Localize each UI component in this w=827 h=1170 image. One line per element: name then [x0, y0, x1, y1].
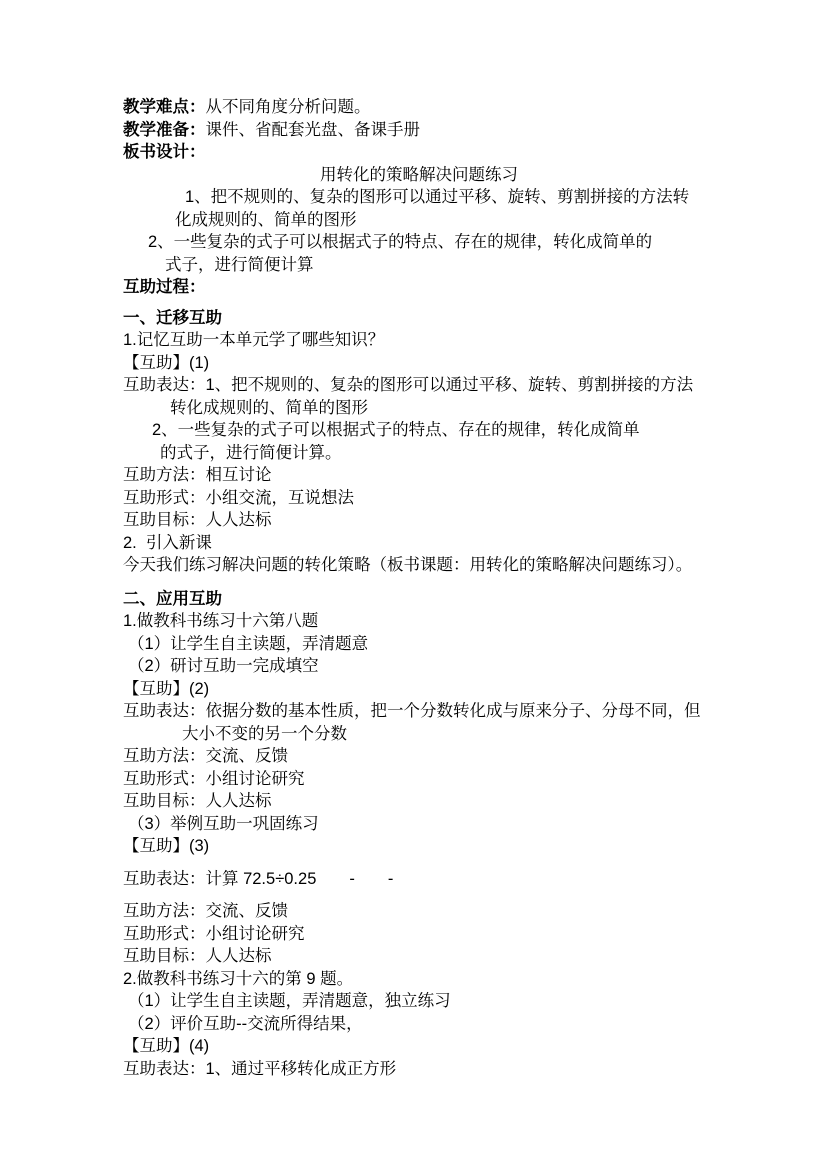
text-line: （1）让学生自主读题，弄清题意 — [123, 633, 715, 656]
text-line: 【互助】(2) — [123, 678, 715, 701]
text-run: 用转化的策略解决问题练习 — [320, 166, 518, 184]
text-run: 2、一些复杂的式子可以根据式子的特点、存在的规律，转化成简单的 — [148, 233, 652, 251]
text-run: 从不同角度分析问题。 — [206, 98, 371, 116]
text-run: 互助目标：人人达标 — [123, 511, 272, 529]
text-run: 互助表达：1、把不规则的、复杂的图形可以通过平移、旋转、剪割拼接的方法 — [123, 376, 693, 394]
text-run: （1）让学生自主读题，弄清题意 — [128, 635, 368, 653]
text-run: 1.做教科书练习十六第八题 — [123, 612, 318, 630]
text-run: 【互助】(1) — [123, 354, 209, 372]
line-mutual-aid-process: 互助过程： — [123, 276, 715, 299]
text-line: 2.做教科书练习十六的第 9 题。 — [123, 968, 715, 991]
text-run: 转化成规则的、简单的图形 — [170, 399, 368, 417]
text-line: 化成规则的、简单的图形 — [123, 209, 715, 232]
text-run: 互助表达：1、通过平移转化成正方形 — [123, 1060, 396, 1078]
text-run: 大小不变的另一个分数 — [182, 725, 347, 743]
bold-text-run: 板书设计： — [123, 143, 206, 161]
text-line: 2、一些复杂的式子可以根据式子的特点、存在的规律，转化成简单 — [123, 419, 715, 442]
text-line: （2）评价互助--交流所得结果， — [123, 1013, 715, 1036]
text-run: 互助形式：小组讨论研究 — [123, 925, 305, 943]
text-run: 【互助】(4) — [123, 1037, 209, 1055]
text-line: 互助方法：交流、反馈 — [123, 745, 715, 768]
text-run: 互助目标：人人达标 — [123, 947, 272, 965]
text-line: 互助形式：小组交流，互说想法 — [123, 487, 715, 510]
text-line: 大小不变的另一个分数 — [123, 723, 715, 746]
text-line: 互助目标：人人达标 — [123, 790, 715, 813]
text-run: 【互助】(2) — [123, 680, 209, 698]
text-run: 互助方法：相互讨论 — [123, 466, 272, 484]
section-2-heading: 二、应用互助 — [123, 588, 715, 611]
text-line: 互助表达：1、把不规则的、复杂的图形可以通过平移、旋转、剪割拼接的方法 — [123, 374, 715, 397]
text-run: 互助表达：依据分数的基本性质，把一个分数转化成与原来分子、分母不同，但 — [123, 702, 701, 720]
text-run: 互助方法：交流、反馈 — [123, 747, 288, 765]
text-run: 1、把不规则的、复杂的图形可以通过平移、旋转、剪割拼接的方法转 — [185, 188, 689, 206]
text-line: 1.做教科书练习十六第八题 — [123, 610, 715, 633]
text-line: 转化成规则的、简单的图形 — [123, 397, 715, 420]
bold-text-run: 互助过程： — [123, 278, 206, 296]
text-run: 互助表达：计算 72.5÷0.25 - - — [123, 870, 393, 888]
text-run: 2. 引入新课 — [123, 534, 212, 552]
text-run: 2.做教科书练习十六的第 9 题。 — [123, 970, 353, 988]
section-1-heading: 一、迁移互助 — [123, 307, 715, 330]
bold-text-run: 一、迁移互助 — [123, 309, 222, 327]
bold-text-run: 二、应用互助 — [123, 590, 222, 608]
text-run: 课件、省配套光盘、备课手册 — [206, 121, 421, 139]
text-run: （1）让学生自主读题，弄清题意，独立练习 — [128, 992, 451, 1010]
text-run: （2）评价互助--交流所得结果， — [128, 1015, 363, 1033]
text-line: 互助目标：人人达标 — [123, 509, 715, 532]
text-line: 互助形式：小组讨论研究 — [123, 923, 715, 946]
text-line: 互助形式：小组讨论研究 — [123, 768, 715, 791]
text-line: 2. 引入新课 — [123, 532, 715, 555]
text-line: 的式子，进行简便计算。 — [123, 442, 715, 465]
text-run: 互助形式：小组交流，互说想法 — [123, 489, 354, 507]
text-line: 【互助】(4) — [123, 1035, 715, 1058]
bold-text-run: 教学难点： — [123, 98, 206, 116]
text-line: （1）让学生自主读题，弄清题意，独立练习 — [123, 990, 715, 1013]
text-run: 的式子，进行简便计算。 — [160, 444, 342, 462]
text-run: 互助目标：人人达标 — [123, 792, 272, 810]
text-run: 化成规则的、简单的图形 — [175, 211, 357, 229]
text-line: （2）研讨互助一完成填空 — [123, 655, 715, 678]
text-line: 1.记忆互助一本单元学了哪些知识？ — [123, 329, 715, 352]
text-line: 互助表达：依据分数的基本性质，把一个分数转化成与原来分子、分母不同，但 — [123, 700, 715, 723]
line-calculation: 互助表达：计算 72.5÷0.25 - - — [123, 868, 715, 891]
text-run: 今天我们练习解决问题的转化策略（板书课题：用转化的策略解决问题练习）。 — [123, 556, 692, 574]
line-board-design: 板书设计： — [123, 141, 715, 164]
text-line: （3）举例互助一巩固练习 — [123, 813, 715, 836]
text-run: （3）举例互助一巩固练习 — [128, 815, 319, 833]
text-line: 1、把不规则的、复杂的图形可以通过平移、旋转、剪割拼接的方法转 — [123, 186, 715, 209]
text-line: 互助方法：交流、反馈 — [123, 900, 715, 923]
text-run: 【互助】(3) — [123, 837, 209, 855]
text-run: 式子，进行简便计算 — [165, 256, 314, 274]
text-line: 互助目标：人人达标 — [123, 945, 715, 968]
document-page: 教学难点：从不同角度分析问题。教学准备：课件、省配套光盘、备课手册板书设计：用转… — [0, 0, 827, 1170]
text-run: 2、一些复杂的式子可以根据式子的特点、存在的规律，转化成简单 — [152, 421, 640, 439]
page-title: 用转化的策略解决问题练习 — [123, 164, 715, 187]
text-line: 互助方法：相互讨论 — [123, 464, 715, 487]
line-teaching-preparation: 教学准备：课件、省配套光盘、备课手册 — [123, 119, 715, 142]
text-line: 今天我们练习解决问题的转化策略（板书课题：用转化的策略解决问题练习）。 — [123, 554, 715, 577]
text-line: 【互助】(3) — [123, 835, 715, 858]
text-line: 式子，进行简便计算 — [123, 254, 715, 277]
text-line: 互助表达：1、通过平移转化成正方形 — [123, 1058, 715, 1081]
text-line: 2、一些复杂的式子可以根据式子的特点、存在的规律，转化成简单的 — [123, 231, 715, 254]
bold-text-run: 教学准备： — [123, 121, 206, 139]
text-run: 1.记忆互助一本单元学了哪些知识？ — [123, 331, 384, 349]
text-line: 【互助】(1) — [123, 352, 715, 375]
text-run: （2）研讨互助一完成填空 — [128, 657, 319, 675]
line-teaching-difficulty: 教学难点：从不同角度分析问题。 — [123, 96, 715, 119]
text-run: 互助形式：小组讨论研究 — [123, 770, 305, 788]
document-body: 教学难点：从不同角度分析问题。教学准备：课件、省配套光盘、备课手册板书设计：用转… — [123, 96, 715, 1080]
text-run: 互助方法：交流、反馈 — [123, 902, 288, 920]
